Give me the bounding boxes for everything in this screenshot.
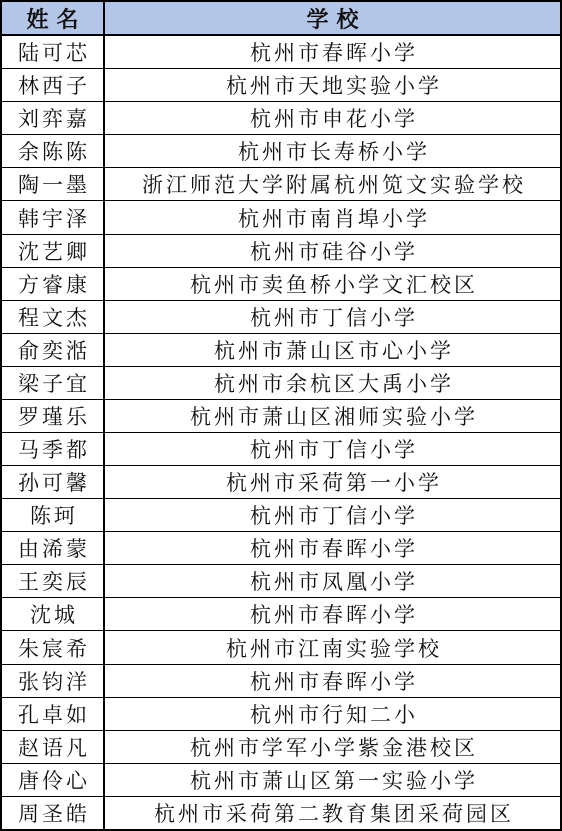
name-cell: 余陈陈: [2, 135, 105, 167]
table-row: 沈艺卿杭州市硅谷小学: [2, 235, 560, 268]
name-cell: 孔卓如: [2, 698, 105, 730]
school-cell: 杭州市春晖小学: [105, 532, 560, 564]
name-cell: 赵语凡: [2, 731, 105, 763]
school-cell: 杭州市萧山区市心小学: [105, 334, 560, 366]
name-cell: 韩宇泽: [2, 201, 105, 233]
name-cell: 陆可芯: [2, 36, 105, 68]
name-cell: 梁子宜: [2, 367, 105, 399]
table-row: 方睿康杭州市卖鱼桥小学文汇校区: [2, 268, 560, 301]
roster-table: 姓名 学校 陆可芯杭州市春晖小学林西子杭州市天地实验小学刘弈嘉杭州市申花小学余陈…: [0, 0, 562, 831]
table-row: 余陈陈杭州市长寿桥小学: [2, 135, 560, 168]
school-cell: 杭州市南肖埠小学: [105, 201, 560, 233]
table-row: 周圣皓杭州市采荷第二教育集团采荷园区: [2, 797, 560, 829]
name-cell: 王奕辰: [2, 565, 105, 597]
table-row: 张钧洋杭州市春晖小学: [2, 665, 560, 698]
table-row: 俞奕湉杭州市萧山区市心小学: [2, 334, 560, 367]
school-cell: 杭州市学军小学紫金港校区: [105, 731, 560, 763]
name-cell: 唐伶心: [2, 764, 105, 796]
header-row: 姓名 学校: [2, 2, 560, 36]
name-cell: 程文杰: [2, 301, 105, 333]
school-cell: 杭州市行知二小: [105, 698, 560, 730]
table-row: 程文杰杭州市丁信小学: [2, 301, 560, 334]
school-cell: 杭州市春晖小学: [105, 665, 560, 697]
table-row: 罗瑾乐杭州市萧山区湘师实验小学: [2, 400, 560, 433]
table-row: 王奕辰杭州市凤凰小学: [2, 565, 560, 598]
school-cell: 杭州市申花小学: [105, 102, 560, 134]
table-row: 孙可馨杭州市采荷第一小学: [2, 466, 560, 499]
school-cell: 杭州市春晖小学: [105, 598, 560, 630]
name-cell: 孙可馨: [2, 466, 105, 498]
table-row: 林西子杭州市天地实验小学: [2, 69, 560, 102]
school-cell: 杭州市采荷第二教育集团采荷园区: [105, 797, 560, 829]
school-cell: 杭州市萧山区湘师实验小学: [105, 400, 560, 432]
school-cell: 杭州市江南实验学校: [105, 631, 560, 663]
table-row: 朱宸希杭州市江南实验学校: [2, 631, 560, 664]
table-row: 陈珂杭州市丁信小学: [2, 499, 560, 532]
table-row: 赵语凡杭州市学军小学紫金港校区: [2, 731, 560, 764]
table-row: 孔卓如杭州市行知二小: [2, 698, 560, 731]
school-cell: 杭州市丁信小学: [105, 433, 560, 465]
name-cell: 周圣皓: [2, 797, 105, 829]
header-name-column: 姓名: [2, 2, 105, 34]
table-row: 刘弈嘉杭州市申花小学: [2, 102, 560, 135]
school-cell: 浙江师范大学附属杭州笕文实验学校: [105, 168, 560, 200]
name-cell: 由浠蒙: [2, 532, 105, 564]
name-cell: 张钧洋: [2, 665, 105, 697]
name-cell: 沈艺卿: [2, 235, 105, 267]
table-row: 韩宇泽杭州市南肖埠小学: [2, 201, 560, 234]
table-row: 沈城杭州市春晖小学: [2, 598, 560, 631]
table-row: 唐伶心杭州市萧山区第一实验小学: [2, 764, 560, 797]
school-cell: 杭州市余杭区大禹小学: [105, 367, 560, 399]
name-cell: 沈城: [2, 598, 105, 630]
header-school-column: 学校: [105, 2, 560, 34]
school-cell: 杭州市春晖小学: [105, 36, 560, 68]
school-cell: 杭州市天地实验小学: [105, 69, 560, 101]
school-cell: 杭州市凤凰小学: [105, 565, 560, 597]
name-cell: 方睿康: [2, 268, 105, 300]
table-row: 陆可芯杭州市春晖小学: [2, 36, 560, 69]
table-row: 梁子宜杭州市余杭区大禹小学: [2, 367, 560, 400]
name-cell: 俞奕湉: [2, 334, 105, 366]
table-row: 由浠蒙杭州市春晖小学: [2, 532, 560, 565]
table-row: 陶一墨浙江师范大学附属杭州笕文实验学校: [2, 168, 560, 201]
name-cell: 陶一墨: [2, 168, 105, 200]
name-cell: 刘弈嘉: [2, 102, 105, 134]
table-row: 马季都杭州市丁信小学: [2, 433, 560, 466]
name-cell: 马季都: [2, 433, 105, 465]
name-cell: 林西子: [2, 69, 105, 101]
name-cell: 罗瑾乐: [2, 400, 105, 432]
school-cell: 杭州市萧山区第一实验小学: [105, 764, 560, 796]
school-cell: 杭州市卖鱼桥小学文汇校区: [105, 268, 560, 300]
name-cell: 朱宸希: [2, 631, 105, 663]
school-cell: 杭州市长寿桥小学: [105, 135, 560, 167]
school-cell: 杭州市丁信小学: [105, 301, 560, 333]
school-cell: 杭州市硅谷小学: [105, 235, 560, 267]
school-cell: 杭州市采荷第一小学: [105, 466, 560, 498]
name-cell: 陈珂: [2, 499, 105, 531]
school-cell: 杭州市丁信小学: [105, 499, 560, 531]
